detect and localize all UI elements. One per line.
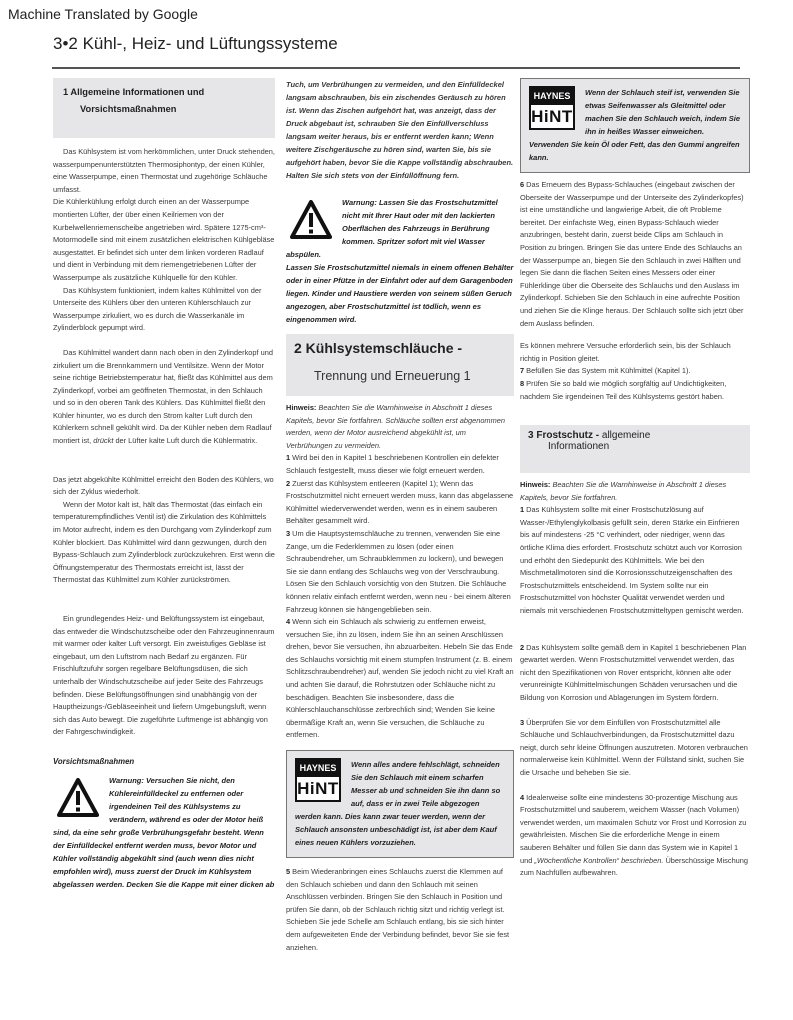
step-paragraph: 4 Idealerweise sollte eine mindestens 30…	[520, 792, 750, 880]
step-text: Um die Hauptsystemschläuche zu trennen, …	[286, 529, 511, 614]
step-paragraph: 4 Wenn sich ein Schlauch als schwierig z…	[286, 616, 514, 742]
step-paragraph: 2 Zuerst das Kühlsystem entleeren (Kapit…	[286, 478, 514, 528]
step-text: Idealerweise sollte eine mindestens 30-p…	[520, 793, 746, 865]
column-3: HAYNES HiNT Wenn der Schlauch steif ist,…	[520, 78, 750, 880]
section-3-title-bold: 3 Frostschutz -	[528, 430, 599, 441]
warning-triangle-icon	[290, 200, 332, 240]
title-divider	[52, 67, 740, 69]
section-1-heading: 1 Allgemeine Informationen und Vorsichts…	[53, 78, 275, 138]
step-paragraph: 3 Überprüfen Sie vor dem Einfüllen von F…	[520, 717, 750, 780]
step-text: Befüllen Sie das System mit Kühlmittel (…	[524, 366, 690, 375]
section-3-heading: 3 Frostschutz - allgemeine Informationen	[520, 425, 750, 473]
note-paragraph: Hinweis: Beachten Sie die Warnhinweise i…	[286, 402, 514, 452]
text: der Lüfter kalte Luft durch die Kühlerma…	[113, 436, 257, 445]
text: Das Kühlmittel wandert dann nach oben in…	[53, 348, 273, 445]
section-3-title-line2: Informationen	[528, 441, 742, 452]
step-paragraph: 5 Beim Wiederanbringen eines Schlauchs z…	[286, 866, 514, 954]
column-2: Tuch, um Verbrühungen zu vermeiden, und …	[286, 78, 514, 954]
section-2-heading: 2 Kühlsystemschläuche - Trennung und Ern…	[286, 334, 514, 396]
note-label: Hinweis:	[520, 480, 550, 489]
emphasis-text: „Wöchentliche Kontrollen“ beschrieben.	[534, 856, 663, 865]
paragraph: Das Kühlmittel wandert dann nach oben in…	[53, 347, 275, 448]
section-1-title-line2: Vorsichtsmaßnahmen	[63, 101, 265, 118]
step-text: Überprüfen Sie vor dem Einfüllen von Fro…	[520, 718, 748, 777]
haynes-hint-box: HAYNES HiNT Wenn alles andere fehlschläg…	[286, 750, 514, 858]
haynes-hint-box: HAYNES HiNT Wenn der Schlauch steif ist,…	[520, 78, 750, 173]
paragraph: Das jetzt abgekühlte Kühlmittel erreicht…	[53, 474, 275, 499]
haynes-hint-logo: HAYNES HiNT	[295, 758, 341, 802]
step-paragraph: 7 Befüllen Sie das System mit Kühlmittel…	[520, 365, 750, 378]
step-text: Prüfen Sie so bald wie möglich sorgfälti…	[520, 379, 726, 401]
step-paragraph: 1 Wird bei den in Kapitel 1 beschriebene…	[286, 452, 514, 477]
section-2-title-line1: 2 Kühlsystemschläuche -	[294, 338, 506, 358]
emphasis-text: drückt	[93, 436, 113, 445]
step-paragraph: 8 Prüfen Sie so bald wie möglich sorgfäl…	[520, 378, 750, 403]
warning-block: Warnung: Versuchen Sie nicht, den Kühler…	[53, 774, 275, 891]
paragraph: Ein grundlegendes Heiz- und Belüftungssy…	[53, 613, 275, 739]
paragraph: Wenn der Motor kalt ist, hält das Thermo…	[53, 499, 275, 587]
paragraph: Das Kühlsystem funktioniert, indem kalte…	[53, 285, 275, 335]
logo-bottom-text: HiNT	[531, 105, 573, 128]
paragraph: Es können mehrere Versuche erforderlich …	[520, 340, 750, 365]
warning-block: Warnung: Lassen Sie das Frostschutzmitte…	[286, 196, 514, 326]
haynes-hint-logo: HAYNES HiNT	[529, 86, 575, 130]
column-1: 1 Allgemeine Informationen und Vorsichts…	[53, 78, 275, 891]
step-text: Wird bei den in Kapitel 1 beschriebenen …	[286, 453, 499, 475]
note-paragraph: Hinweis: Beachten Sie die Warnhinweise i…	[520, 479, 750, 504]
machine-translation-banner: Machine Translated by Google	[8, 6, 198, 22]
warning-continuation: Tuch, um Verbrühungen zu vermeiden, und …	[286, 78, 514, 182]
step-paragraph: 1 Das Kühlsystem sollte mit einer Frosts…	[520, 504, 750, 617]
logo-top-text: HAYNES	[531, 88, 573, 105]
warning-text: Lassen Sie Frostschutzmittel niemals in …	[286, 261, 514, 326]
step-text: Wenn sich ein Schlauch als schwierig zu …	[286, 617, 514, 739]
section-2-title-line2: Trennung und Erneuerung 1	[294, 366, 506, 386]
step-text: Zuerst das Kühlsystem entleeren (Kapitel…	[286, 479, 513, 526]
step-paragraph: 6 Das Erneuern des Bypass-Schlauches (ei…	[520, 179, 750, 330]
paragraph: Die Kühlerkühlung erfolgt durch einen an…	[53, 196, 275, 284]
step-text: Das Kühlsystem sollte mit einer Frostsch…	[520, 505, 743, 615]
logo-top-text: HAYNES	[297, 760, 339, 777]
note-label: Hinweis:	[286, 403, 316, 412]
step-paragraph: 2 Das Kühlsystem sollte gemäß dem in Kap…	[520, 642, 750, 705]
paragraph: Das Kühlsystem ist vom herkömmlichen, un…	[53, 146, 275, 196]
section-3-title-rest: allgemeine	[599, 430, 650, 441]
section-3-title-line1: 3 Frostschutz - allgemeine	[528, 430, 742, 441]
section-1-title-line1: 1 Allgemeine Informationen und	[63, 84, 265, 101]
note-text: Beachten Sie die Warnhinweise in Abschni…	[286, 403, 505, 450]
precautions-subheading: Vorsichtsmaßnahmen	[53, 757, 275, 766]
page-title: 3•2 Kühl-, Heiz- und Lüftungssysteme	[53, 34, 338, 54]
warning-triangle-icon	[57, 778, 99, 818]
step-paragraph: 3 Um die Hauptsystemschläuche zu trennen…	[286, 528, 514, 616]
step-text: Das Erneuern des Bypass-Schlauches (eing…	[520, 180, 744, 328]
logo-bottom-text: HiNT	[297, 777, 339, 800]
step-text: Beim Wiederanbringen eines Schlauchs zue…	[286, 867, 509, 952]
note-text: Beachten Sie die Warnhinweise in Abschni…	[520, 480, 726, 502]
step-text: Das Kühlsystem sollte gemäß dem in Kapit…	[520, 643, 746, 702]
